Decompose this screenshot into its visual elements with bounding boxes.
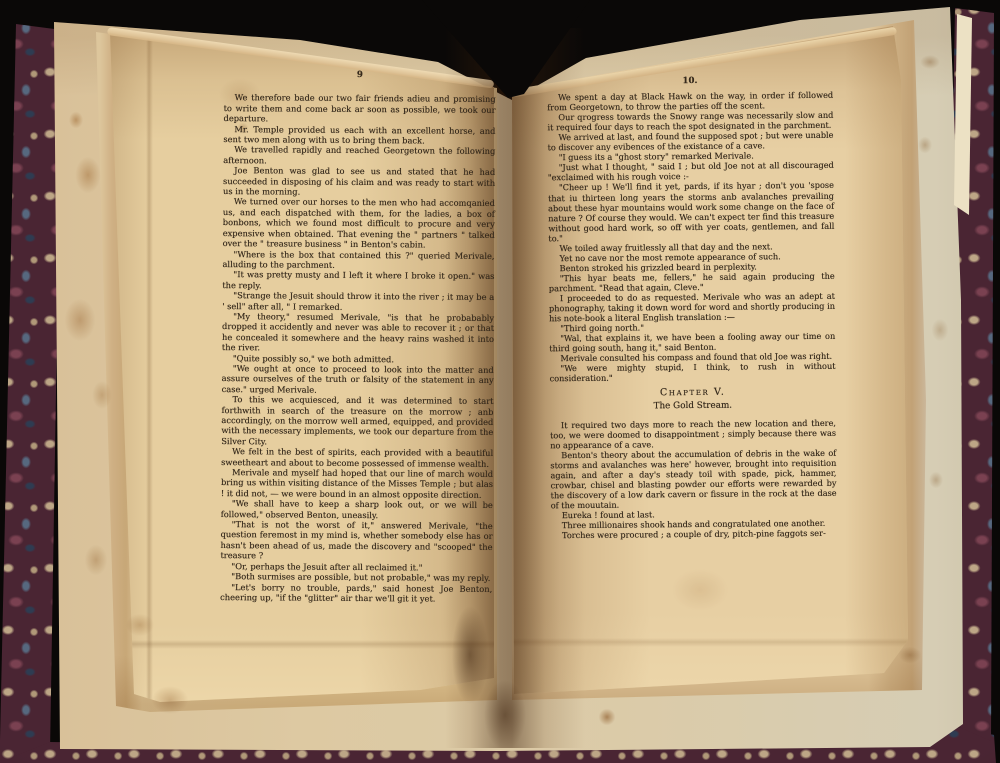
paragraph: "Wal, that explains it, we have been a f… [549, 331, 835, 354]
paragraph: "Let's borry no trouble, pards," said ho… [220, 582, 492, 605]
paragraph: "It was pretty musty and I left it where… [222, 269, 494, 292]
paragraph: To this we acquiesced, and it was determ… [221, 394, 493, 448]
paragraph: "Where is the box that contained this ?"… [222, 249, 494, 272]
chapter-title: The Gold Stream. [550, 400, 836, 413]
paragraph: We turned over our horses to the men who… [223, 197, 495, 251]
right-page-number: 10. [547, 75, 833, 88]
paragraph: We spent a day at Black Hawk on the way,… [547, 90, 833, 113]
paragraph: "My theory," resumed Merivale, "is that … [222, 311, 494, 355]
right-page-paragraphs-top: We spent a day at Black Hawk on the way,… [547, 90, 836, 384]
paragraph: Merivale and myself had hoped that our l… [221, 467, 493, 500]
paragraph: "This hyar beats me, fellers," he said a… [549, 271, 835, 294]
paragraph: "That is not the worst of it," answered … [220, 519, 492, 563]
paragraph: Our qrogress towards the Snowy range was… [547, 110, 833, 133]
paragraph: "We ought at once to proceed to look int… [222, 363, 494, 396]
paragraph: "Cheer up ! We'll find it yet, pards, if… [548, 180, 835, 243]
paragraph: Benton's theory about the accumulation o… [550, 447, 837, 510]
chapter-heading: Chapter V. [550, 387, 836, 400]
paragraph: We arrived at last, and found the suppos… [547, 130, 833, 153]
left-page-paragraphs: We therefore bade our two fair friends a… [220, 92, 496, 604]
paragraph: "We shall have to keep a sharp look out,… [221, 498, 493, 521]
paragraph: We therefore bade our two fair friends a… [223, 92, 495, 125]
left-page-text: 9 We therefore bade our two fair friends… [220, 69, 496, 604]
paragraph: Joe Benton was glad to see us and stated… [223, 165, 495, 198]
paragraph: "Just what I thought, " said I ; but old… [548, 160, 834, 183]
paragraph: It required two days more to reach the n… [550, 417, 836, 450]
open-book-photo: 9 We therefore bade our two fair friends… [0, 0, 1000, 763]
right-page-paragraphs-bottom: It required two days more to reach the n… [550, 417, 837, 540]
paragraph: We felt in the best of spirits, each pro… [221, 446, 493, 469]
paragraph: We travelled rapidly and reached Georget… [223, 144, 495, 167]
paragraph: "We were mighty stupid, I think, to rush… [549, 361, 835, 384]
right-page-text: 10. We spent a day at Black Hawk on the … [547, 75, 837, 541]
paragraph: "Strange the Jesuit should throw it into… [222, 290, 494, 313]
left-page-number: 9 [224, 69, 496, 81]
paragraph: I proceeded to do as requested. Merivale… [549, 291, 835, 324]
paragraph: Mr. Temple provided us each with an exce… [223, 124, 495, 147]
